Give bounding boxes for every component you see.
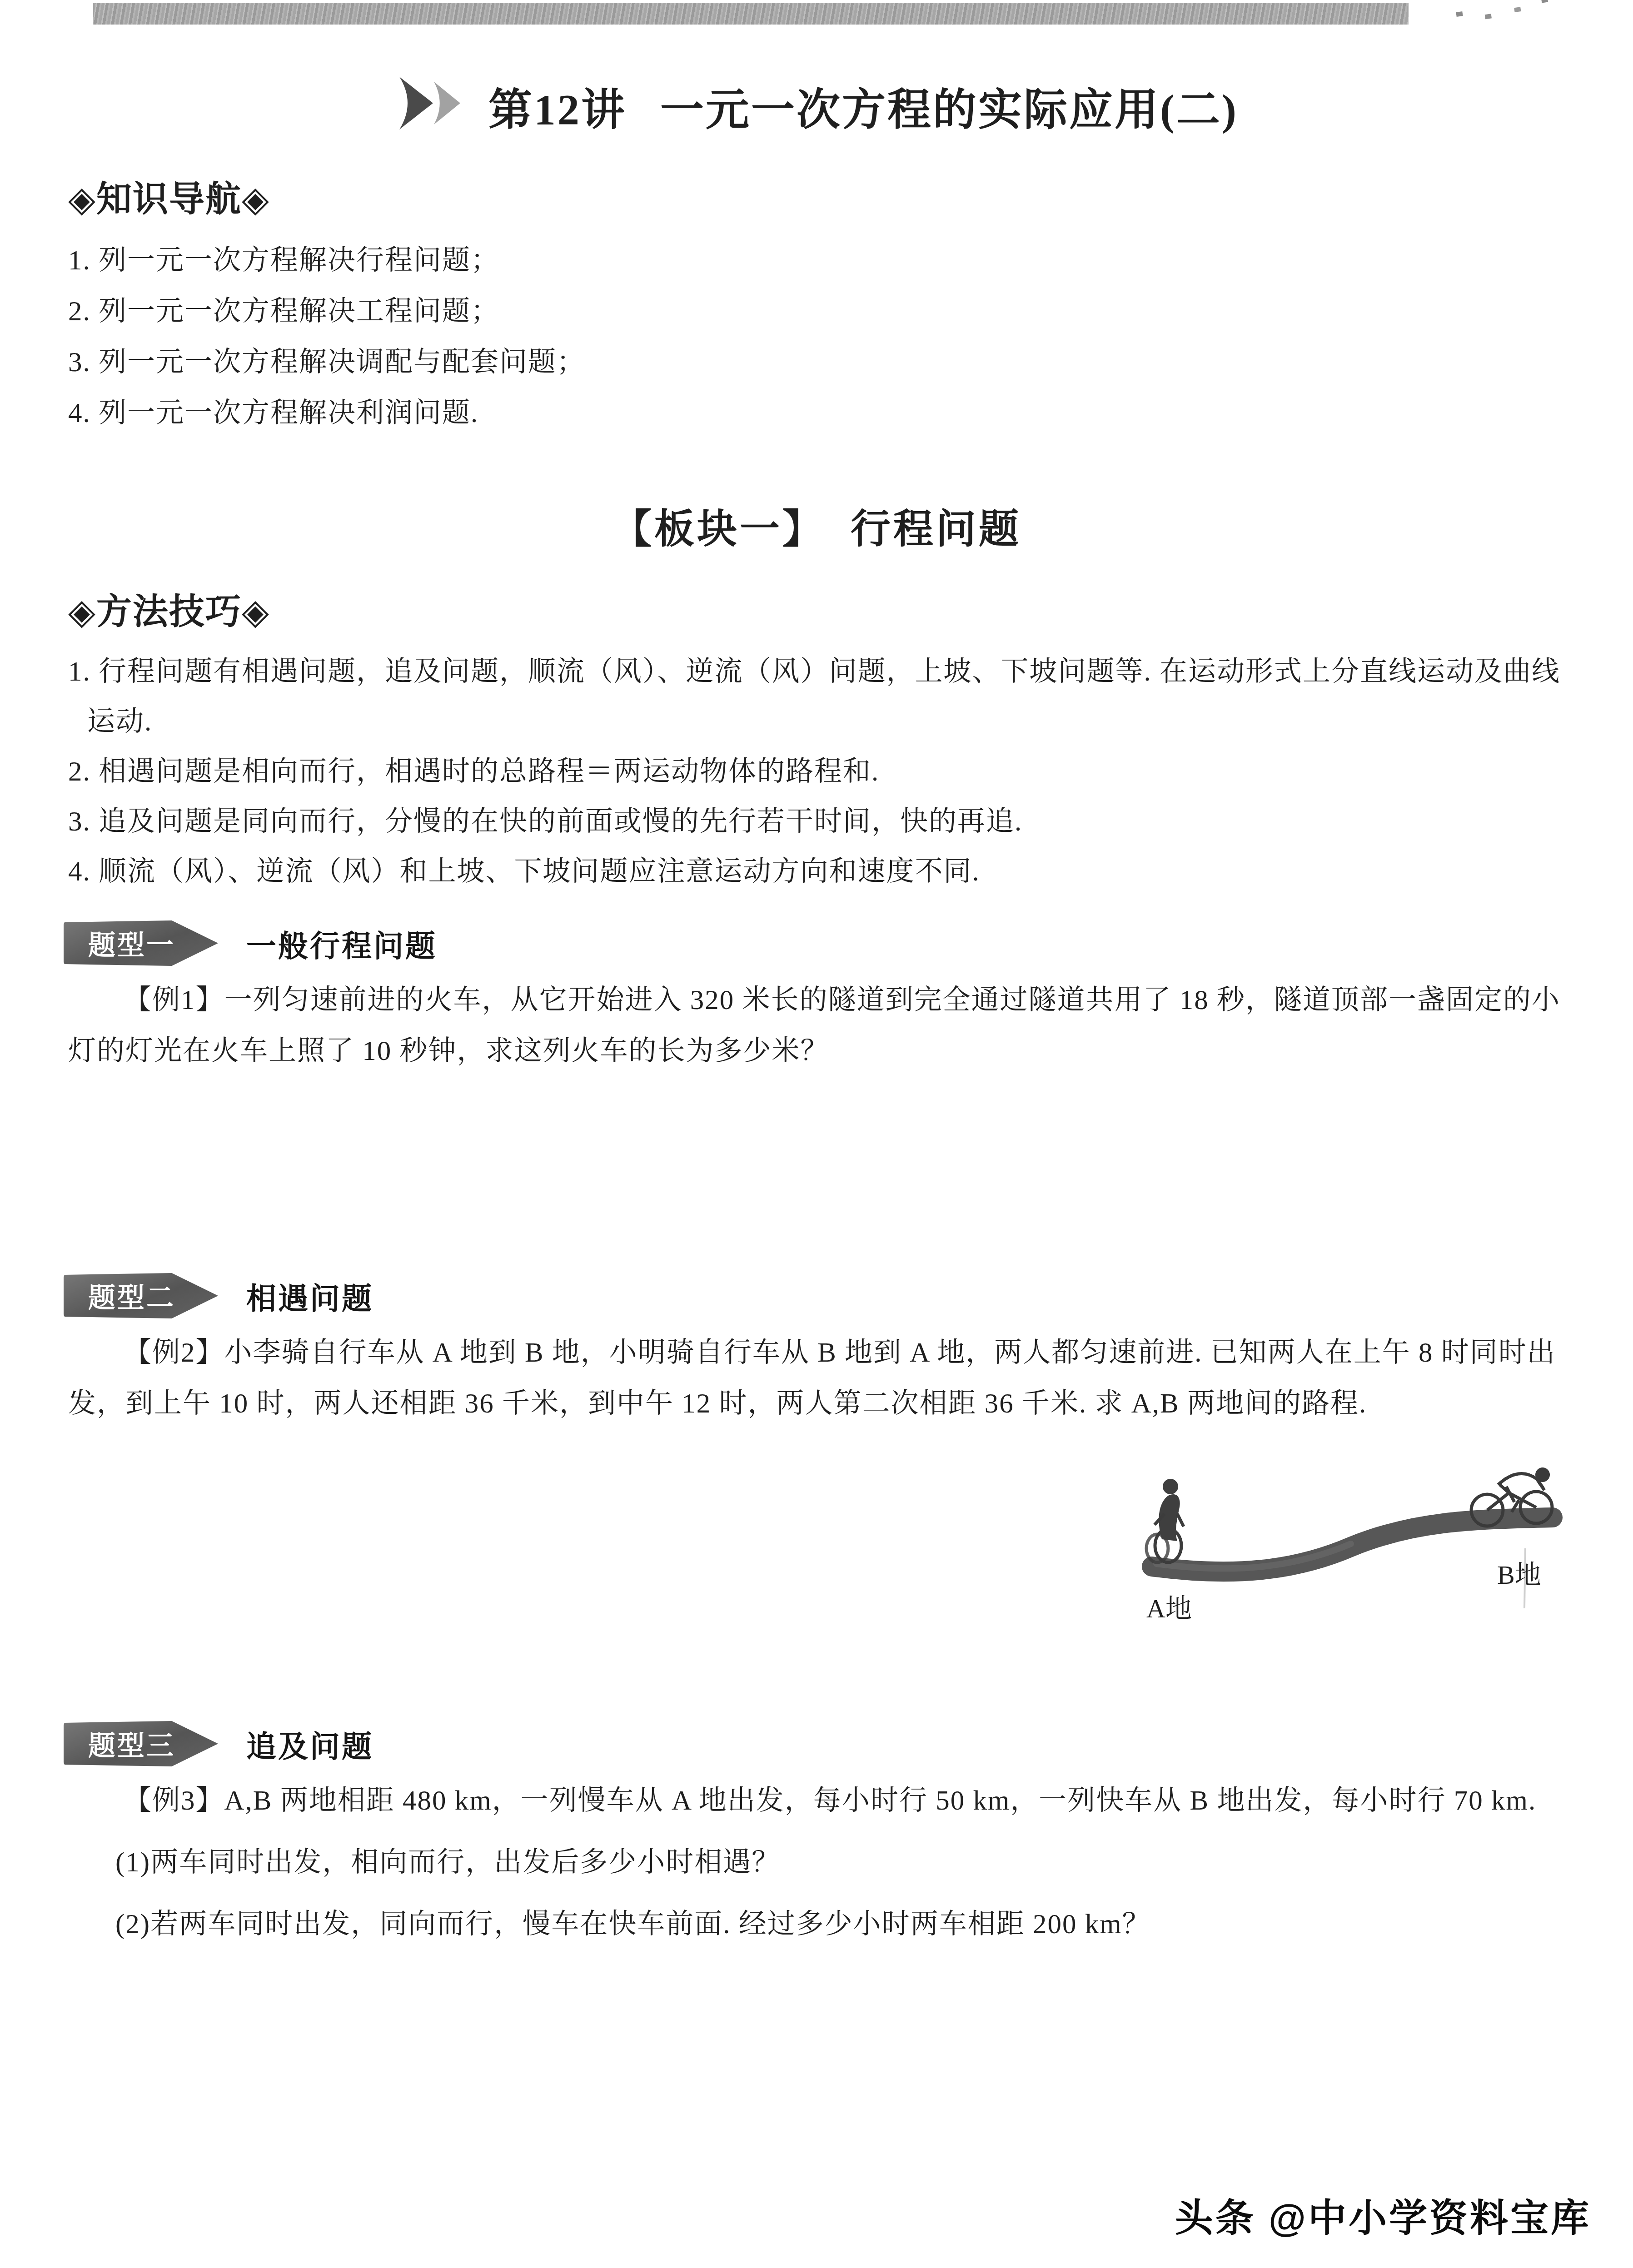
type3-header: 题型三 追及问题 [64, 1721, 1633, 1766]
example1-text: 【例1】一列匀速前进的火车，从它开始进入 320 米长的隧道到完全通过隧道共用了… [68, 975, 1578, 1077]
nav-section-label: ◈知识导航◈ [68, 171, 1633, 222]
type2-title: 相遇问题 [246, 1274, 373, 1318]
example3-text: 【例3】A,B 两地相距 480 km，一列慢车从 A 地出发，每小时行 50 … [68, 1776, 1578, 1826]
double-chevron-icon [395, 75, 467, 133]
example2-text: 【例2】小李骑自行车从 A 地到 B 地，小明骑自行车从 B 地到 A 地，两人… [68, 1328, 1578, 1429]
lesson-number: 第12讲 [488, 85, 627, 134]
type1-badge: 题型一 [64, 920, 218, 966]
block-heading-bracket: 【板块一】 [612, 507, 825, 552]
label-location-a: A地 [1146, 1594, 1192, 1623]
cyclist-a-icon [1146, 1479, 1184, 1562]
type3-title: 追及问题 [246, 1722, 373, 1766]
methods-list: 1. 行程问题有相遇问题，追及问题，顺流（风）、逆流（风）问题，上坡、下坡问题等… [68, 647, 1578, 897]
type2-header: 题型二 相遇问题 [64, 1273, 1633, 1318]
diamond-icon: ◈ [242, 592, 270, 632]
type1-title: 一般行程问题 [246, 922, 437, 965]
type2-badge: 题型二 [64, 1273, 218, 1318]
nav-item: 3. 列一元一次方程解决调配与配套问题； [68, 337, 1578, 388]
diamond-icon: ◈ [68, 592, 96, 632]
methods-label-text: 方法技巧 [96, 592, 242, 632]
methods-section-label: ◈方法技巧◈ [68, 583, 1633, 634]
method-item: 3. 追及问题是同向而行，分慢的在快的前面或慢的先行若干时间，快的再追. [68, 797, 1578, 847]
type3-badge: 题型三 [64, 1721, 218, 1766]
block-heading-title: 行程问题 [851, 507, 1021, 552]
question-item: (2)若两车同时出发，同向而行，慢车在快车前面. 经过多少小时两车相距 200 … [68, 1899, 1578, 1950]
nav-item: 1. 列一元一次方程解决行程问题； [68, 235, 1578, 286]
diamond-icon: ◈ [68, 179, 96, 219]
label-location-b: B地 [1497, 1560, 1541, 1590]
watermark-footer: 头条 @中小学资料宝库 [1175, 2188, 1591, 2243]
nav-item: 4. 列一元一次方程解决利润问题. [68, 388, 1578, 439]
nav-item: 2. 列一元一次方程解决工程问题； [68, 286, 1578, 337]
page-header: 第12讲 一元一次方程的实际应用(二) [0, 75, 1633, 137]
nav-item-list: 1. 列一元一次方程解决行程问题； 2. 列一元一次方程解决工程问题； 3. 列… [68, 235, 1578, 439]
question-item: (1)两车同时出发，相向而行，出发后多少小时相遇？ [68, 1837, 1578, 1888]
method-item: 4. 顺流（风）、逆流（风）和上坡、下坡问题应注意运动方向和速度不同. [68, 847, 1578, 897]
diamond-icon: ◈ [242, 179, 270, 219]
page-title: 一元一次方程的实际应用(二) [660, 85, 1238, 134]
cyclists-road-figure: A地 B地 [1088, 1434, 1602, 1632]
scan-artifact-bar [93, 3, 1409, 25]
method-item: 2. 相遇问题是相向而行，相遇时的总路程＝两运动物体的路程和. [68, 747, 1578, 797]
example3-questions: (1)两车同时出发，相向而行，出发后多少小时相遇？ (2)若两车同时出发，同向而… [68, 1837, 1578, 1950]
scan-specks [1456, 11, 1463, 17]
method-item: 1. 行程问题有相遇问题，追及问题，顺流（风）、逆流（风）问题，上坡、下坡问题等… [68, 647, 1578, 747]
nav-label-text: 知识导航 [96, 179, 242, 219]
block-heading: 【板块一】行程问题 [0, 497, 1633, 554]
type1-header: 题型一 一般行程问题 [64, 920, 1633, 966]
